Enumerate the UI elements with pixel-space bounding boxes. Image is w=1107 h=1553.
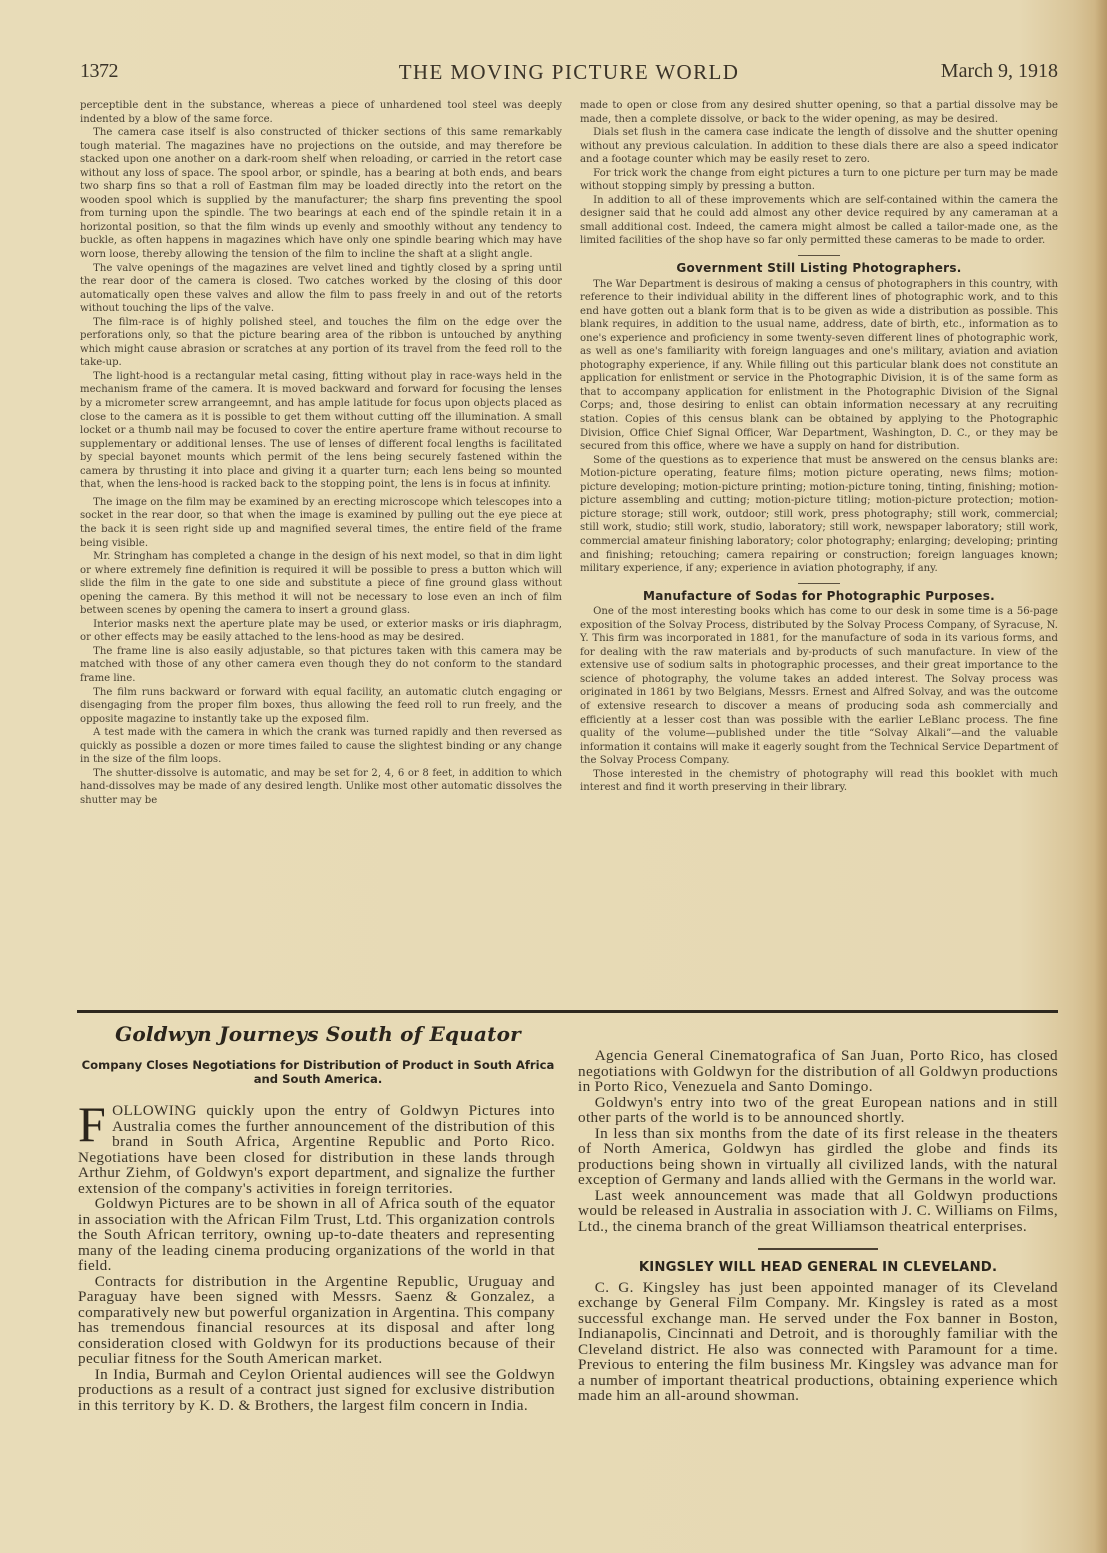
article-paragraph: In addition to all of these improvements… — [580, 194, 1058, 248]
article-paragraph: made to open or close from any desired s… — [580, 99, 1058, 126]
lead-text: OLLOWING quickly upon the entry of Goldw… — [78, 1102, 555, 1197]
camera-article-column: perceptible dent in the substance, where… — [80, 99, 562, 807]
lead-paragraph: FOLLOWING quickly upon the entry of Gold… — [78, 1103, 555, 1196]
publication-title: THE MOVING PICTURE WORLD — [80, 60, 1058, 85]
goldwyn-article-column: FOLLOWING quickly upon the entry of Gold… — [78, 1103, 555, 1413]
horizontal-divider — [77, 1010, 1058, 1013]
article-paragraph: In less than six months from the date of… — [578, 1126, 1058, 1188]
section-divider — [798, 583, 840, 584]
section-divider — [798, 255, 840, 256]
article-paragraph: The image on the film may be examined by… — [80, 496, 562, 550]
article-paragraph: Goldwyn Pictures are to be shown in all … — [78, 1196, 555, 1274]
article-paragraph: In India, Burmah and Ceylon Oriental aud… — [78, 1367, 555, 1414]
sodas-headline: Manufacture of Sodas for Photographic Pu… — [580, 590, 1058, 604]
article-paragraph: The film runs backward or forward with e… — [80, 686, 562, 727]
right-bottom-column: Agencia General Cinematografica of San J… — [578, 1048, 1058, 1404]
article-paragraph: The valve openings of the magazines are … — [80, 262, 562, 316]
article-paragraph: Those interested in the chemistry of pho… — [580, 768, 1058, 795]
article-paragraph: Dials set flush in the camera case indic… — [580, 126, 1058, 167]
article-paragraph: The camera case itself is also construct… — [80, 126, 562, 261]
goldwyn-subheadline: Company Closes Negotiations for Distribu… — [78, 1058, 558, 1086]
goldwyn-headline: Goldwyn Journeys South of Equator — [78, 1022, 558, 1046]
article-paragraph: The shutter-dissolve is automatic, and m… — [80, 767, 562, 808]
page-edge-shadow — [1095, 0, 1107, 1553]
kingsley-headline: KINGSLEY WILL HEAD GENERAL IN CLEVELAND. — [578, 1260, 1058, 1276]
section-divider — [758, 1248, 878, 1250]
article-paragraph: Last week announcement was made that all… — [578, 1188, 1058, 1235]
issue-date: March 9, 1918 — [941, 60, 1058, 83]
article-paragraph: One of the most interesting books which … — [580, 605, 1058, 768]
government-headline: Government Still Listing Photographers. — [580, 262, 1058, 276]
article-paragraph: The War Department is desirous of making… — [580, 278, 1058, 454]
magazine-page: 1372 THE MOVING PICTURE WORLD March 9, 1… — [0, 0, 1107, 1553]
article-paragraph: For trick work the change from eight pic… — [580, 167, 1058, 194]
article-paragraph: A test made with the camera in which the… — [80, 726, 562, 767]
article-paragraph: C. G. Kingsley has just been appointed m… — [578, 1280, 1058, 1404]
article-paragraph: The film-race is of highly polished stee… — [80, 316, 562, 370]
article-paragraph: Interior masks next the aperture plate m… — [80, 618, 562, 645]
article-paragraph: The light-hood is a rectangular metal ca… — [80, 370, 562, 492]
article-paragraph: perceptible dent in the substance, where… — [80, 99, 562, 126]
drop-cap: F — [78, 1104, 106, 1144]
article-paragraph: Some of the questions as to experience t… — [580, 454, 1058, 576]
article-paragraph: Agencia General Cinematografica of San J… — [578, 1048, 1058, 1095]
article-paragraph: Contracts for distribution in the Argent… — [78, 1274, 555, 1367]
page-header: 1372 THE MOVING PICTURE WORLD March 9, 1… — [80, 60, 1058, 86]
article-paragraph: The frame line is also easily adjustable… — [80, 645, 562, 686]
article-paragraph: Goldwyn's entry into two of the great Eu… — [578, 1095, 1058, 1126]
article-paragraph: Mr. Stringham has completed a change in … — [80, 550, 562, 618]
right-top-column: made to open or close from any desired s… — [580, 99, 1058, 795]
